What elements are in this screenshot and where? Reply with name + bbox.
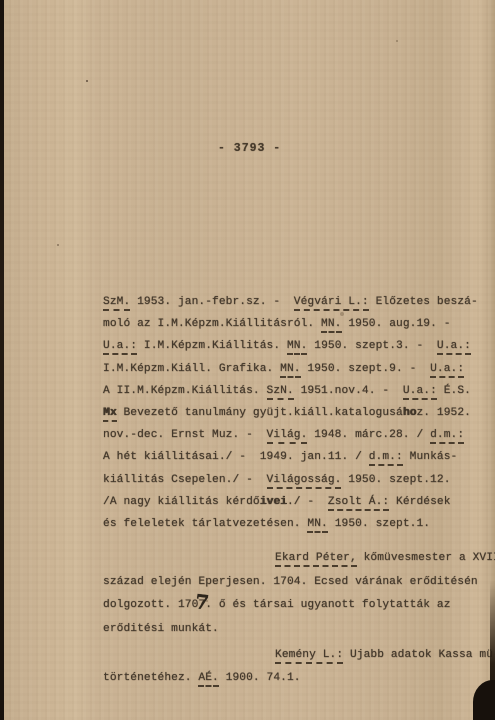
underlined-text: Világosság. [267,474,342,489]
text-segment: moló az I.M.Képzm.Kiállitásról. [103,318,321,330]
text-line: Ekard Péter, kőmüvesmester a XVIII. [103,547,485,571]
text-segment: 1953. jan.-febr.sz. - [130,296,294,308]
text-line: Kemény L.: Ujabb adatok Kassa mü- [103,644,481,667]
bibliography-entry-kemeny-l: Kemény L.: Ujabb adatok Kassa mü-történe… [103,644,481,690]
scanned-typewritten-page: - 3793 - SzM. 1953. jan.-febr.sz. - Végv… [0,0,495,720]
text-segment: A II.M.Képzm.Kiállitás. [103,385,267,397]
underlined-text: SzM. [103,296,130,311]
text-segment: . ő és társai ugyanott folytatták az [205,599,450,611]
underlined-text: U.a.: [403,385,437,400]
underlined-text: d.m.: [430,429,464,444]
scan-edge-left [0,0,4,720]
text-line: nov.-dec. Ernst Muz. - Világ. 1948. márc… [103,424,481,446]
text-segment: Kérdések [389,496,450,508]
text-segment: Munkás- [403,451,458,463]
text-segment: 1950. szept.9. - [301,363,430,375]
bibliography-entry-szm-1953: SzM. 1953. jan.-febr.sz. - Végvári L.: E… [103,291,481,535]
underlined-text: Zsolt Á.: [328,496,389,511]
underlined-text: Ekard Péter, [275,552,357,567]
text-segment: és feleletek tárlatvezetésen. [103,518,307,530]
text-segment: I.M.Képzm.Kiállitás. [137,340,287,352]
text-line: SzM. 1953. jan.-febr.sz. - Végvári L.: E… [103,291,481,313]
text-segment: Előzetes beszá- [369,296,478,308]
handwritten-correction: 7 [194,590,211,615]
text-segment: 1950. aug.19. - [342,318,451,330]
text-line: erőditési munkát. [103,618,485,642]
text-line: Mx Bevezető tanulmány gyüjt.kiáll.katalo… [103,402,481,424]
text-segment: kőmüvesmester a XVIII. [357,552,495,564]
text-segment: 1950. szept.3. - [307,340,436,352]
text-line: A hét kiállitásai./ - 1949. jan.11. / d.… [103,446,481,468]
text-segment: 77 [198,599,205,611]
underlined-text: MN. [321,318,341,333]
text-segment: I.M.Képzm.Kiáll. Grafika. [103,363,280,375]
underlined-text: MN. [287,340,307,355]
text-line: moló az I.M.Képzm.Kiállitásról. MN. 1950… [103,313,481,335]
text-line: történetéhez. AÉ. 1900. 74.1. [103,667,481,690]
underlined-text: d.m.: [369,451,403,466]
overstruck-text: ivei [260,496,287,508]
text-segment: történetéhez. [103,672,198,684]
text-segment: 1950. szept.12. [341,474,450,486]
text-line: dolgozott. 17077. ő és társai ugyanott f… [103,594,485,618]
text-segment: 1951.nov.4. - [294,385,403,397]
text-line: és feleletek tárlatvezetésen. MN. 1950. … [103,513,481,535]
text-segment: É.S. [437,385,471,397]
text-segment: kiállitás Csepelen./ - [103,474,267,486]
overstruck-text: ho [403,407,417,419]
underlined-text: Végvári L.: [294,296,369,311]
text-segment: ./ - [287,496,328,508]
text-segment: /A nagy kiállitás kérdő [103,496,260,508]
text-segment: erőditési munkát. [103,623,219,635]
text-segment: Ujabb adatok Kassa mü- [343,649,495,661]
text-line: A II.M.Képzm.Kiállitás. SzN. 1951.nov.4.… [103,380,481,402]
underlined-text: Kemény L.: [275,649,343,664]
text-segment: század elején Eperjesen. 1704. Ecsed vár… [103,576,478,588]
text-line: U.a.: I.M.Képzm.Kiállitás. MN. 1950. sze… [103,335,481,357]
bibliography-entry-ekard-peter: Ekard Péter, kőmüvesmester a XVIII.száza… [103,547,485,641]
underlined-text: Világ. [267,429,308,444]
underlined-text: MN. [280,363,300,378]
underlined-text: MN. [307,518,327,533]
text-line: kiállitás Csepelen./ - Világosság. 1950.… [103,469,481,491]
text-line: I.M.Képzm.Kiáll. Grafika. MN. 1950. szep… [103,358,481,380]
text-line: század elején Eperjesen. 1704. Ecsed vár… [103,571,485,595]
underlined-text: AÉ. [198,672,218,687]
underlined-text: U.a.: [430,363,464,378]
text-segment: dolgozott. 170 [103,599,198,611]
text-segment: A hét kiállitásai./ - 1949. jan.11. / [103,451,369,463]
underlined-text: U.a.: [103,340,137,355]
text-line: /A nagy kiállitás kérdőivei./ - Zsolt Á.… [103,491,481,513]
text-segment: 1950. szept.1. [328,518,430,530]
text-segment: z. 1952. [416,407,471,419]
underlined-text: U.a.: [437,340,471,355]
underlined-text: Mx [103,407,117,422]
text-segment: 1900. 74.1. [219,672,301,684]
page-number: - 3793 - [218,142,281,155]
paper-specks [86,80,88,82]
text-segment: nov.-dec. Ernst Muz. - [103,429,267,441]
text-segment: Bevezető tanulmány gyüjt.kiáll.katalogus… [117,407,403,419]
text-segment: 1948. márc.28. / [307,429,430,441]
underlined-text: SzN. [267,385,294,400]
